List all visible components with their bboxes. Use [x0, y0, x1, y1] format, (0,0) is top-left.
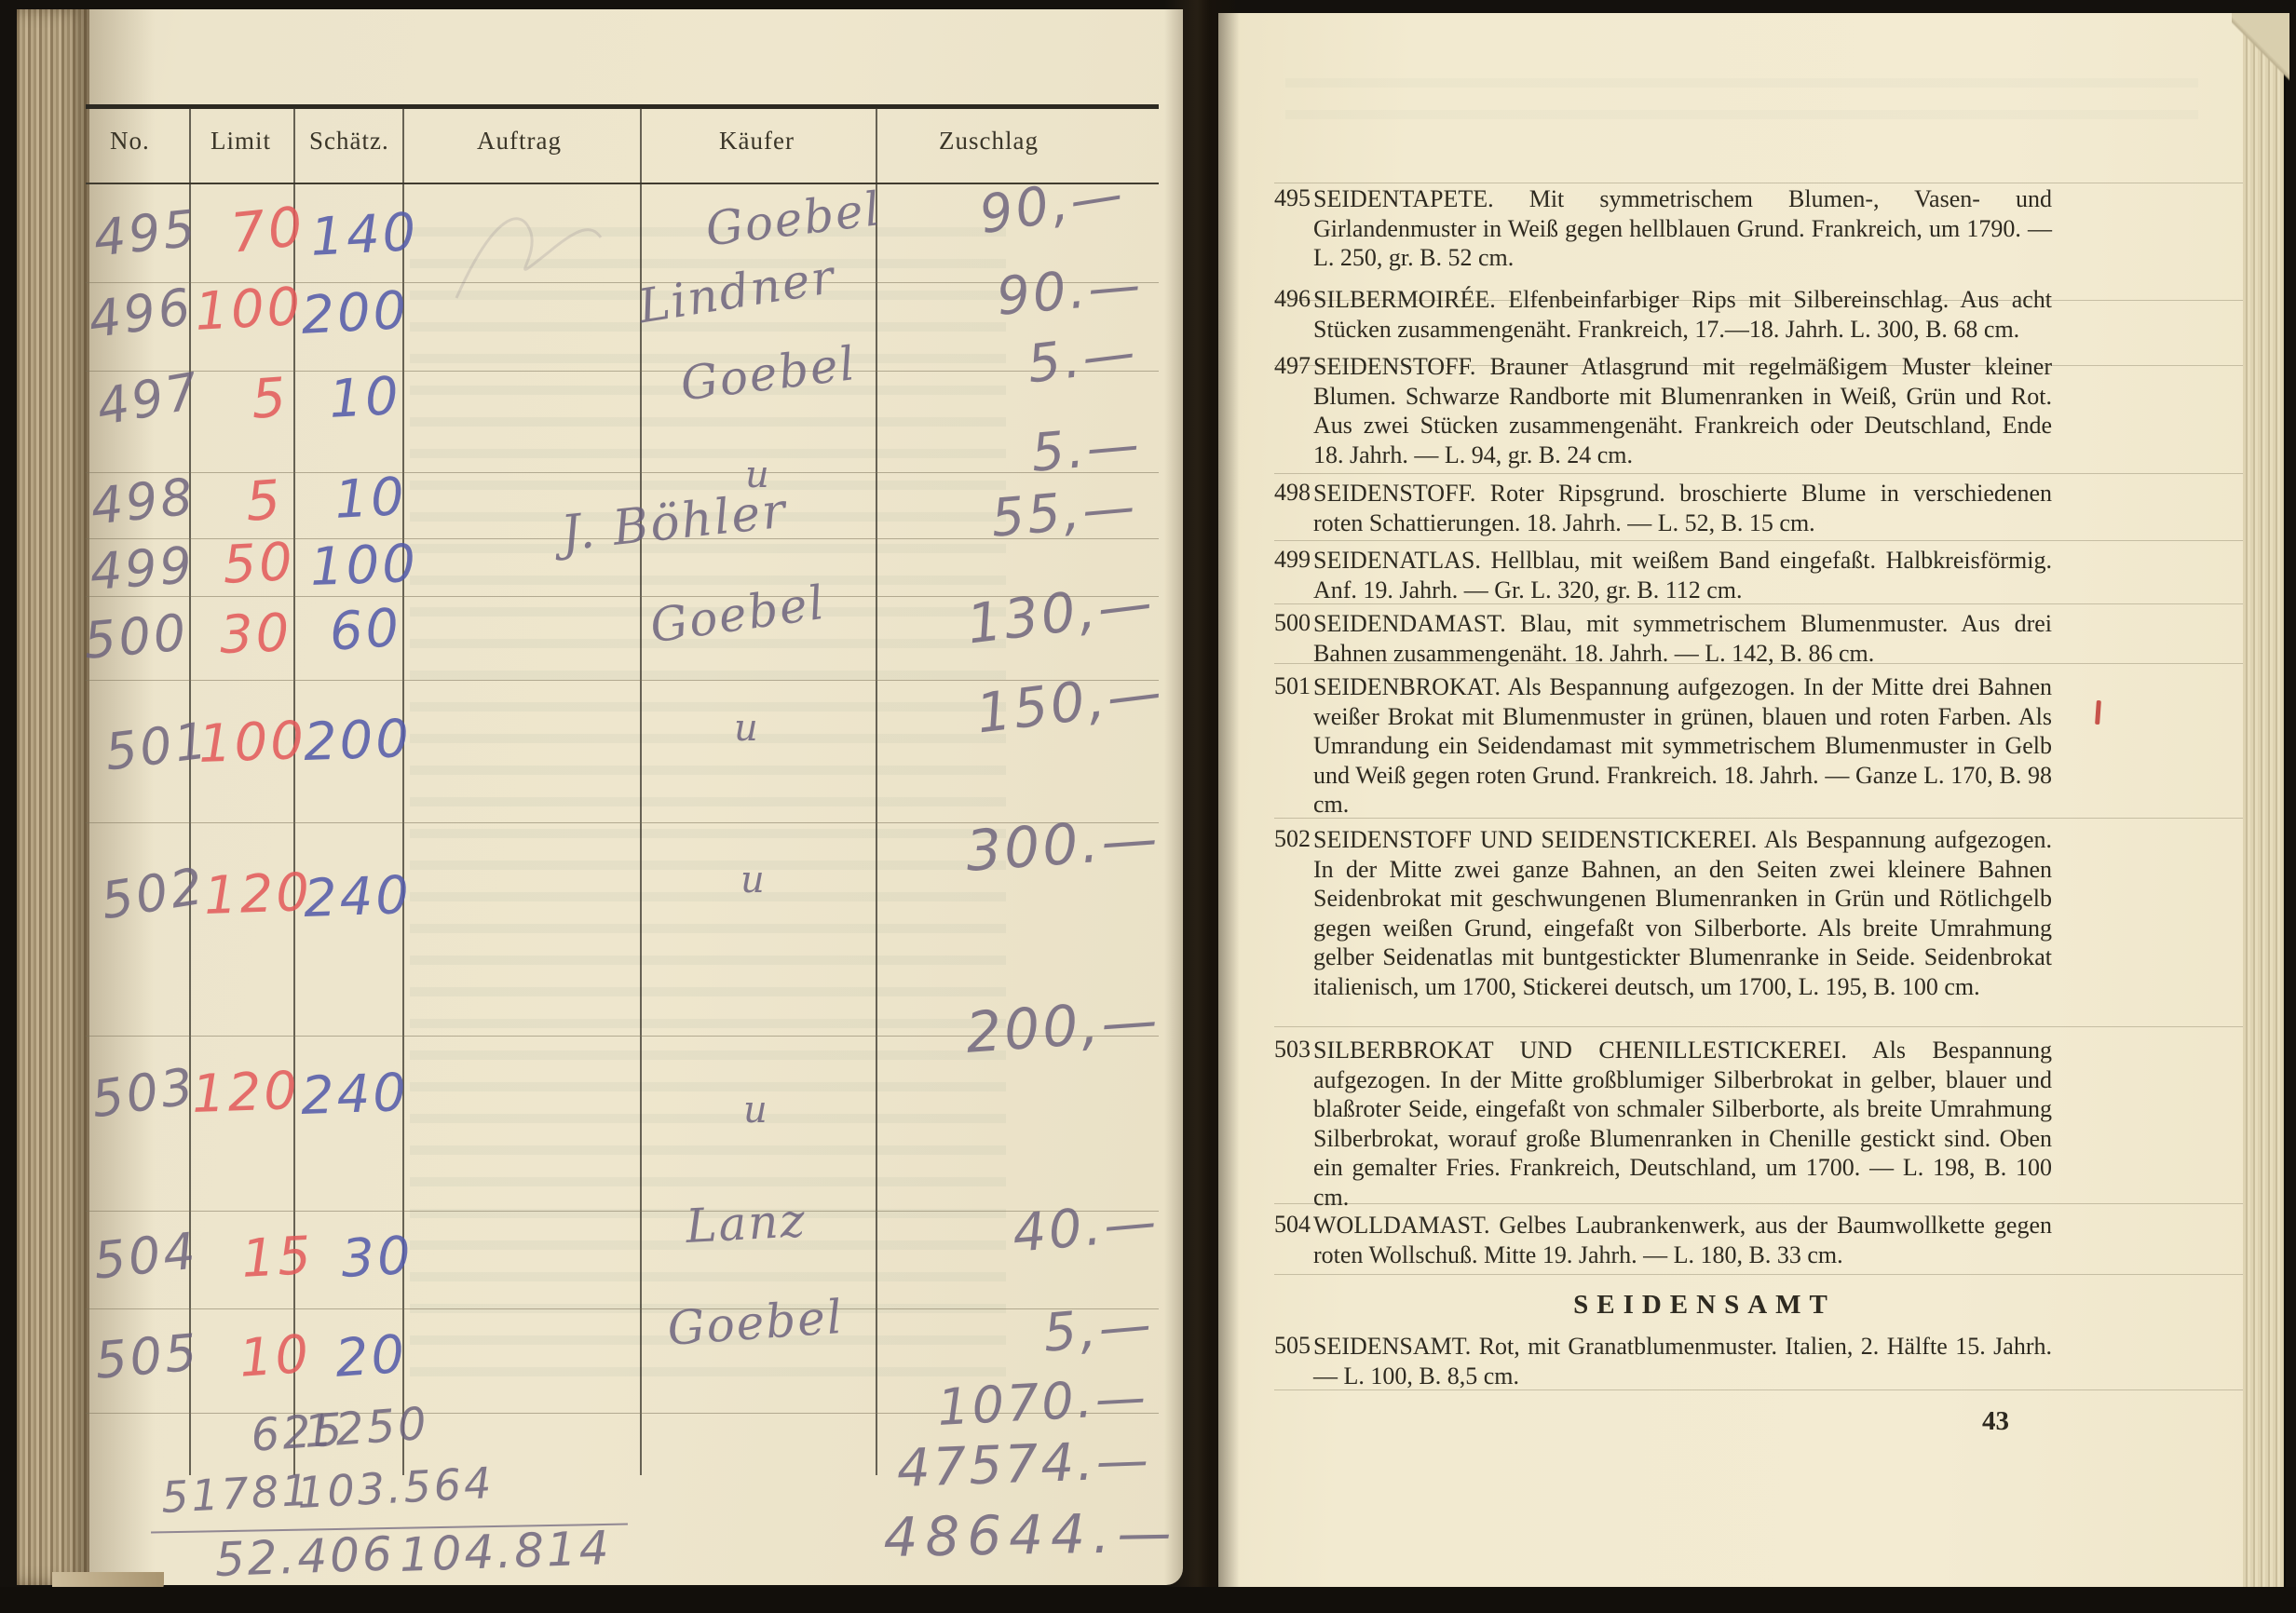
- schaetz-value: 20: [333, 1329, 409, 1386]
- hammer-price: 5.—: [1029, 419, 1144, 481]
- limit-value: 50: [222, 536, 296, 592]
- entry-text: SEIDENTAPETE. Mit symmetrischem Blumen-,…: [1274, 184, 2052, 273]
- hammer-price: 5.—: [1025, 327, 1140, 392]
- entry-number: 502: [1274, 825, 1311, 853]
- hammer-price: 40.—: [1011, 1196, 1161, 1260]
- catalog-entry-495: 495 SEIDENTAPETE. Mit symmetrischem Blum…: [1274, 184, 2052, 273]
- zuschlag-carryover: 47574.—: [896, 1434, 1152, 1495]
- lot-no: 501: [102, 715, 212, 778]
- lot-no: 500: [82, 607, 190, 667]
- schaetz-value: 10: [328, 371, 402, 427]
- catalog-entry-502: 502 SEIDENSTOFF UND SEIDENSTICKEREI. Als…: [1274, 825, 2052, 1001]
- hammer-price: 55,—: [989, 481, 1139, 545]
- column-header-auftrag: Auftrag: [477, 127, 562, 156]
- limit-grand-total: 52.406: [214, 1530, 396, 1583]
- lot-no: 504: [91, 1226, 200, 1286]
- entry-text: SEIDENBROKAT. Als Bespannung aufgezogen.…: [1274, 672, 2052, 820]
- schaetz-value: 140: [309, 207, 420, 264]
- lot-no: 495: [91, 203, 200, 264]
- catalog-entry-501: 501 SEIDENBROKAT. Als Bespannung aufgezo…: [1274, 672, 2052, 820]
- entry-number: 498: [1274, 479, 1311, 507]
- entry-text: WOLLDAMAST. Gelbes Laubrankenwerk, aus d…: [1274, 1211, 2052, 1269]
- catalog-entry-503: 503 SILBERBROKAT UND CHENILLESTICKEREI. …: [1274, 1036, 2052, 1212]
- limit-value: 5: [244, 472, 285, 529]
- limit-value: 120: [191, 1065, 301, 1121]
- entry-rule: [1274, 1026, 2243, 1027]
- catalog-entry-504: 504 WOLLDAMAST. Gelbes Laubrankenwerk, a…: [1274, 1211, 2052, 1269]
- catalog-entry-497: 497 SEIDENSTOFF. Brauner Atlasgrund mit …: [1274, 352, 2052, 469]
- hammer-price: 200,—: [964, 992, 1162, 1061]
- entry-number: 500: [1274, 609, 1311, 637]
- catalog-entry-499: 499 SEIDENATLAS. Hellblau, mit weißem Ba…: [1274, 546, 2052, 604]
- schaetz-grand-total: 104.814: [399, 1525, 612, 1579]
- column-header-schaetz: Schätz.: [309, 127, 389, 156]
- schaetz-value: 10: [333, 471, 408, 527]
- table-top-rule: [86, 104, 1159, 109]
- page-gutter-shadow: [1164, 0, 1246, 1613]
- schaetz-carryover: 103.564: [296, 1461, 495, 1514]
- zuschlag-grand-total: 48644.—: [883, 1505, 1179, 1565]
- folded-page-corner: [2232, 13, 2289, 82]
- buyer-name: Lanz: [685, 1197, 808, 1250]
- entry-text: SEIDENATLAS. Hellblau, mit weißem Band e…: [1274, 546, 2052, 604]
- limit-value: 30: [219, 607, 292, 662]
- entry-rule: [1274, 1274, 2243, 1275]
- column-divider: [876, 108, 877, 1475]
- catalog-entry-500: 500 SEIDENDAMAST. Blau, mit symmetrische…: [1274, 609, 2052, 668]
- entry-number: 501: [1274, 672, 1311, 700]
- book-spine-page-edges: [17, 9, 89, 1585]
- page-number: 43: [1982, 1406, 2009, 1437]
- limit-value: 120: [203, 867, 313, 923]
- entry-text: SILBERBROKAT UND CHENILLESTICKEREI. Als …: [1274, 1036, 2052, 1212]
- entry-number: 504: [1274, 1211, 1311, 1239]
- entry-text: SEIDENSTOFF UND SEIDENSTICKEREI. Als Bes…: [1274, 825, 2052, 1001]
- row-rule: [86, 1308, 1159, 1309]
- entry-text: SEIDENDAMAST. Blau, mit symmetrischem Bl…: [1274, 609, 2052, 668]
- buyer-name: Goebel: [666, 1294, 845, 1352]
- entry-rule: [1274, 540, 2243, 541]
- pencil-scribble: [438, 196, 615, 317]
- entry-rule: [1274, 183, 2243, 183]
- limit-value: 100: [197, 715, 307, 771]
- limit-value: 15: [240, 1230, 315, 1286]
- hammer-price: 90.—: [995, 259, 1145, 323]
- section-heading-seidensamt: SEIDENSAMT: [1351, 1290, 2058, 1321]
- column-header-kaeufer: Käufer: [719, 127, 795, 156]
- limit-value: 10: [238, 1329, 313, 1386]
- entry-number: 505: [1274, 1332, 1311, 1360]
- buyer-ditto-mark: u: [743, 1091, 769, 1129]
- schaetz-value: 100: [309, 538, 419, 594]
- entry-number: 497: [1274, 352, 1311, 380]
- row-rule: [86, 1211, 1159, 1212]
- scanned-auction-ledger: No. Limit Schätz. Auftrag Käufer Zuschla…: [0, 0, 2296, 1613]
- limit-carryover: 51781: [160, 1469, 313, 1519]
- entry-text: SILBERMOIRÉE. Elfenbeinfarbiger Rips mit…: [1274, 285, 2052, 344]
- catalog-entry-505: 505 SEIDENSAMT. Rot, mit Granatblumenmus…: [1274, 1332, 2052, 1390]
- hammer-price: 300.—: [964, 810, 1162, 879]
- zuschlag-subtotal: 1070.—: [936, 1372, 1149, 1433]
- scan-background: [0, 1587, 2296, 1613]
- entry-text: SEIDENSAMT. Rot, mit Granatblumenmuster.…: [1274, 1332, 2052, 1390]
- lot-no: 496: [86, 281, 197, 346]
- column-header-no: No.: [110, 127, 150, 156]
- lot-no: 499: [88, 540, 197, 598]
- schaetz-value: 30: [340, 1230, 414, 1286]
- buyer-ditto-mark: u: [734, 710, 760, 747]
- schaetz-value: 200: [303, 713, 413, 769]
- limit-value: 5: [250, 370, 291, 427]
- ink-bleed-through-header: [1285, 56, 2198, 140]
- schaetz-value: 200: [300, 285, 411, 343]
- entry-number: 496: [1274, 285, 1311, 313]
- lot-no: 503: [88, 1061, 199, 1125]
- schaetz-value: 240: [300, 1067, 410, 1123]
- schaetz-value: 60: [328, 603, 403, 659]
- schaetz-subtotal: 1250: [303, 1402, 430, 1455]
- catalog-entry-496: 496 SILBERMOIRÉE. Elfenbeinfarbiger Rips…: [1274, 285, 2052, 344]
- entry-text: SEIDENSTOFF. Brauner Atlasgrund mit rege…: [1274, 352, 2052, 469]
- entry-rule: [1274, 473, 2243, 474]
- row-rule: [86, 371, 1159, 372]
- limit-value: 100: [194, 281, 305, 339]
- catalog-entry-498: 498 SEIDENSTOFF. Roter Ripsgrund. brosch…: [1274, 479, 2052, 537]
- right-page-edge-stack: [2243, 15, 2284, 1598]
- entry-number: 499: [1274, 546, 1311, 574]
- lot-no: 498: [88, 471, 197, 532]
- limit-value: 70: [228, 199, 307, 261]
- entry-number: 503: [1274, 1036, 1311, 1064]
- entry-text: SEIDENSTOFF. Roter Ripsgrund. broschiert…: [1274, 479, 2052, 537]
- lot-no: 505: [93, 1327, 201, 1387]
- column-header-zuschlag: Zuschlag: [939, 127, 1039, 156]
- column-header-limit: Limit: [211, 127, 271, 156]
- hammer-price: 5,—: [1041, 1299, 1156, 1361]
- entry-number: 495: [1274, 184, 1311, 212]
- schaetz-value: 240: [303, 870, 413, 926]
- buyer-ditto-mark: u: [740, 861, 767, 899]
